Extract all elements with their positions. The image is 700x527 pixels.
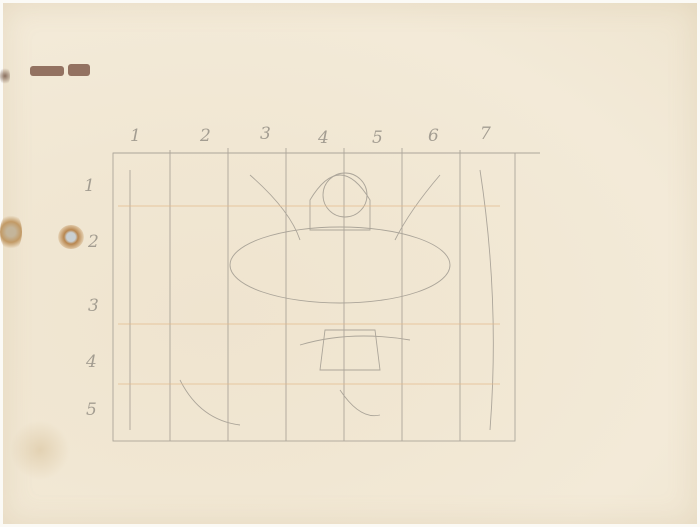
pencil-sketch xyxy=(0,0,700,527)
row-label: 5 xyxy=(86,400,97,420)
column-label: 2 xyxy=(200,126,211,146)
column-label: 7 xyxy=(480,124,491,144)
row-label: 3 xyxy=(88,296,99,316)
row-label: 1 xyxy=(84,176,95,196)
column-label: 3 xyxy=(260,124,271,144)
column-label: 5 xyxy=(372,128,383,148)
column-label: 4 xyxy=(318,128,329,148)
column-label: 1 xyxy=(130,126,141,146)
column-label: 6 xyxy=(428,126,439,146)
row-label: 4 xyxy=(86,352,97,372)
sketch-image: 1 2 3 4 5 6 7 1 2 3 4 5 xyxy=(0,0,700,527)
row-label: 2 xyxy=(88,232,99,252)
